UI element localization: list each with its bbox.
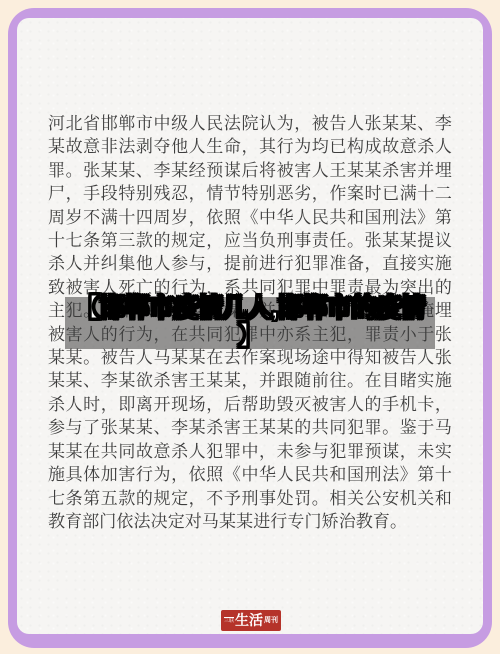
lifeweek-magazine-logo: 三联 生活 周刊 <box>221 610 281 631</box>
headline-overlay: 【邯郸市疫情几人,邯郸市的疫情 】 <box>0 294 500 350</box>
logo-sub-text: 周刊 <box>264 617 278 625</box>
headline-line2: 】 <box>0 322 500 350</box>
headline-line1: 【邯郸市疫情几人,邯郸市的疫情 <box>0 294 500 322</box>
logo-small-text: 三联 <box>224 619 234 624</box>
logo-main-text: 生活 <box>235 613 263 628</box>
screenshot-root: 河北省邯郸市中级人民法院认为，被告人张某某、李某故意非法剥夺他人生命，其行为均已… <box>0 0 500 654</box>
logo-small-mark: 三联 <box>224 617 234 624</box>
